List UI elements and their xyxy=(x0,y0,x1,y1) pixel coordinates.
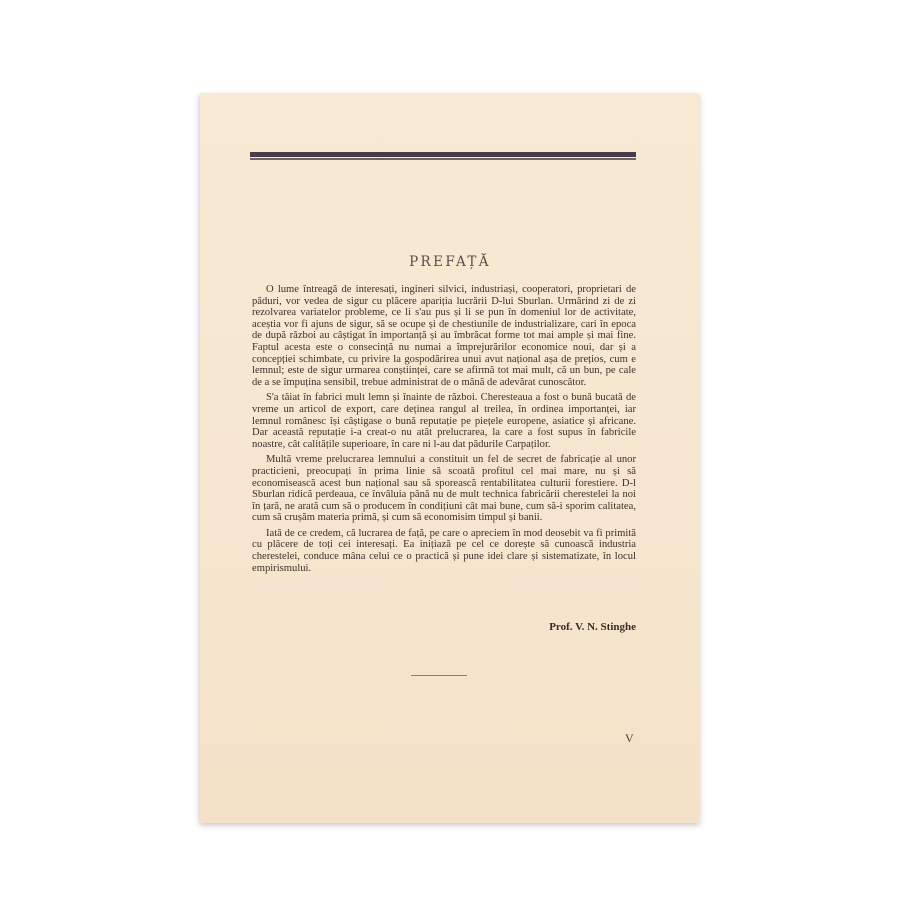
paragraph-4: Iată de ce credem, că lucrarea de față, … xyxy=(252,528,636,574)
author-signature: Prof. V. N. Stinghe xyxy=(549,621,636,633)
header-rule-thick xyxy=(250,152,636,157)
header-rule-thin xyxy=(250,158,636,160)
section-divider xyxy=(411,675,467,676)
header-double-rule xyxy=(250,152,636,160)
paragraph-1: O lume întreagă de interesați, ingineri … xyxy=(252,284,636,388)
page-title: PREFAȚĂ xyxy=(200,254,700,270)
paragraph-3: Multă vreme prelucrarea lemnului a const… xyxy=(252,454,636,524)
document-page: PREFAȚĂ O lume întreagă de interesați, i… xyxy=(200,93,700,823)
page-number: V xyxy=(625,731,634,746)
paragraph-2: S'a tăiat în fabrici mult lemn și înaint… xyxy=(252,392,636,450)
preface-body: O lume întreagă de interesați, ingineri … xyxy=(252,284,636,578)
